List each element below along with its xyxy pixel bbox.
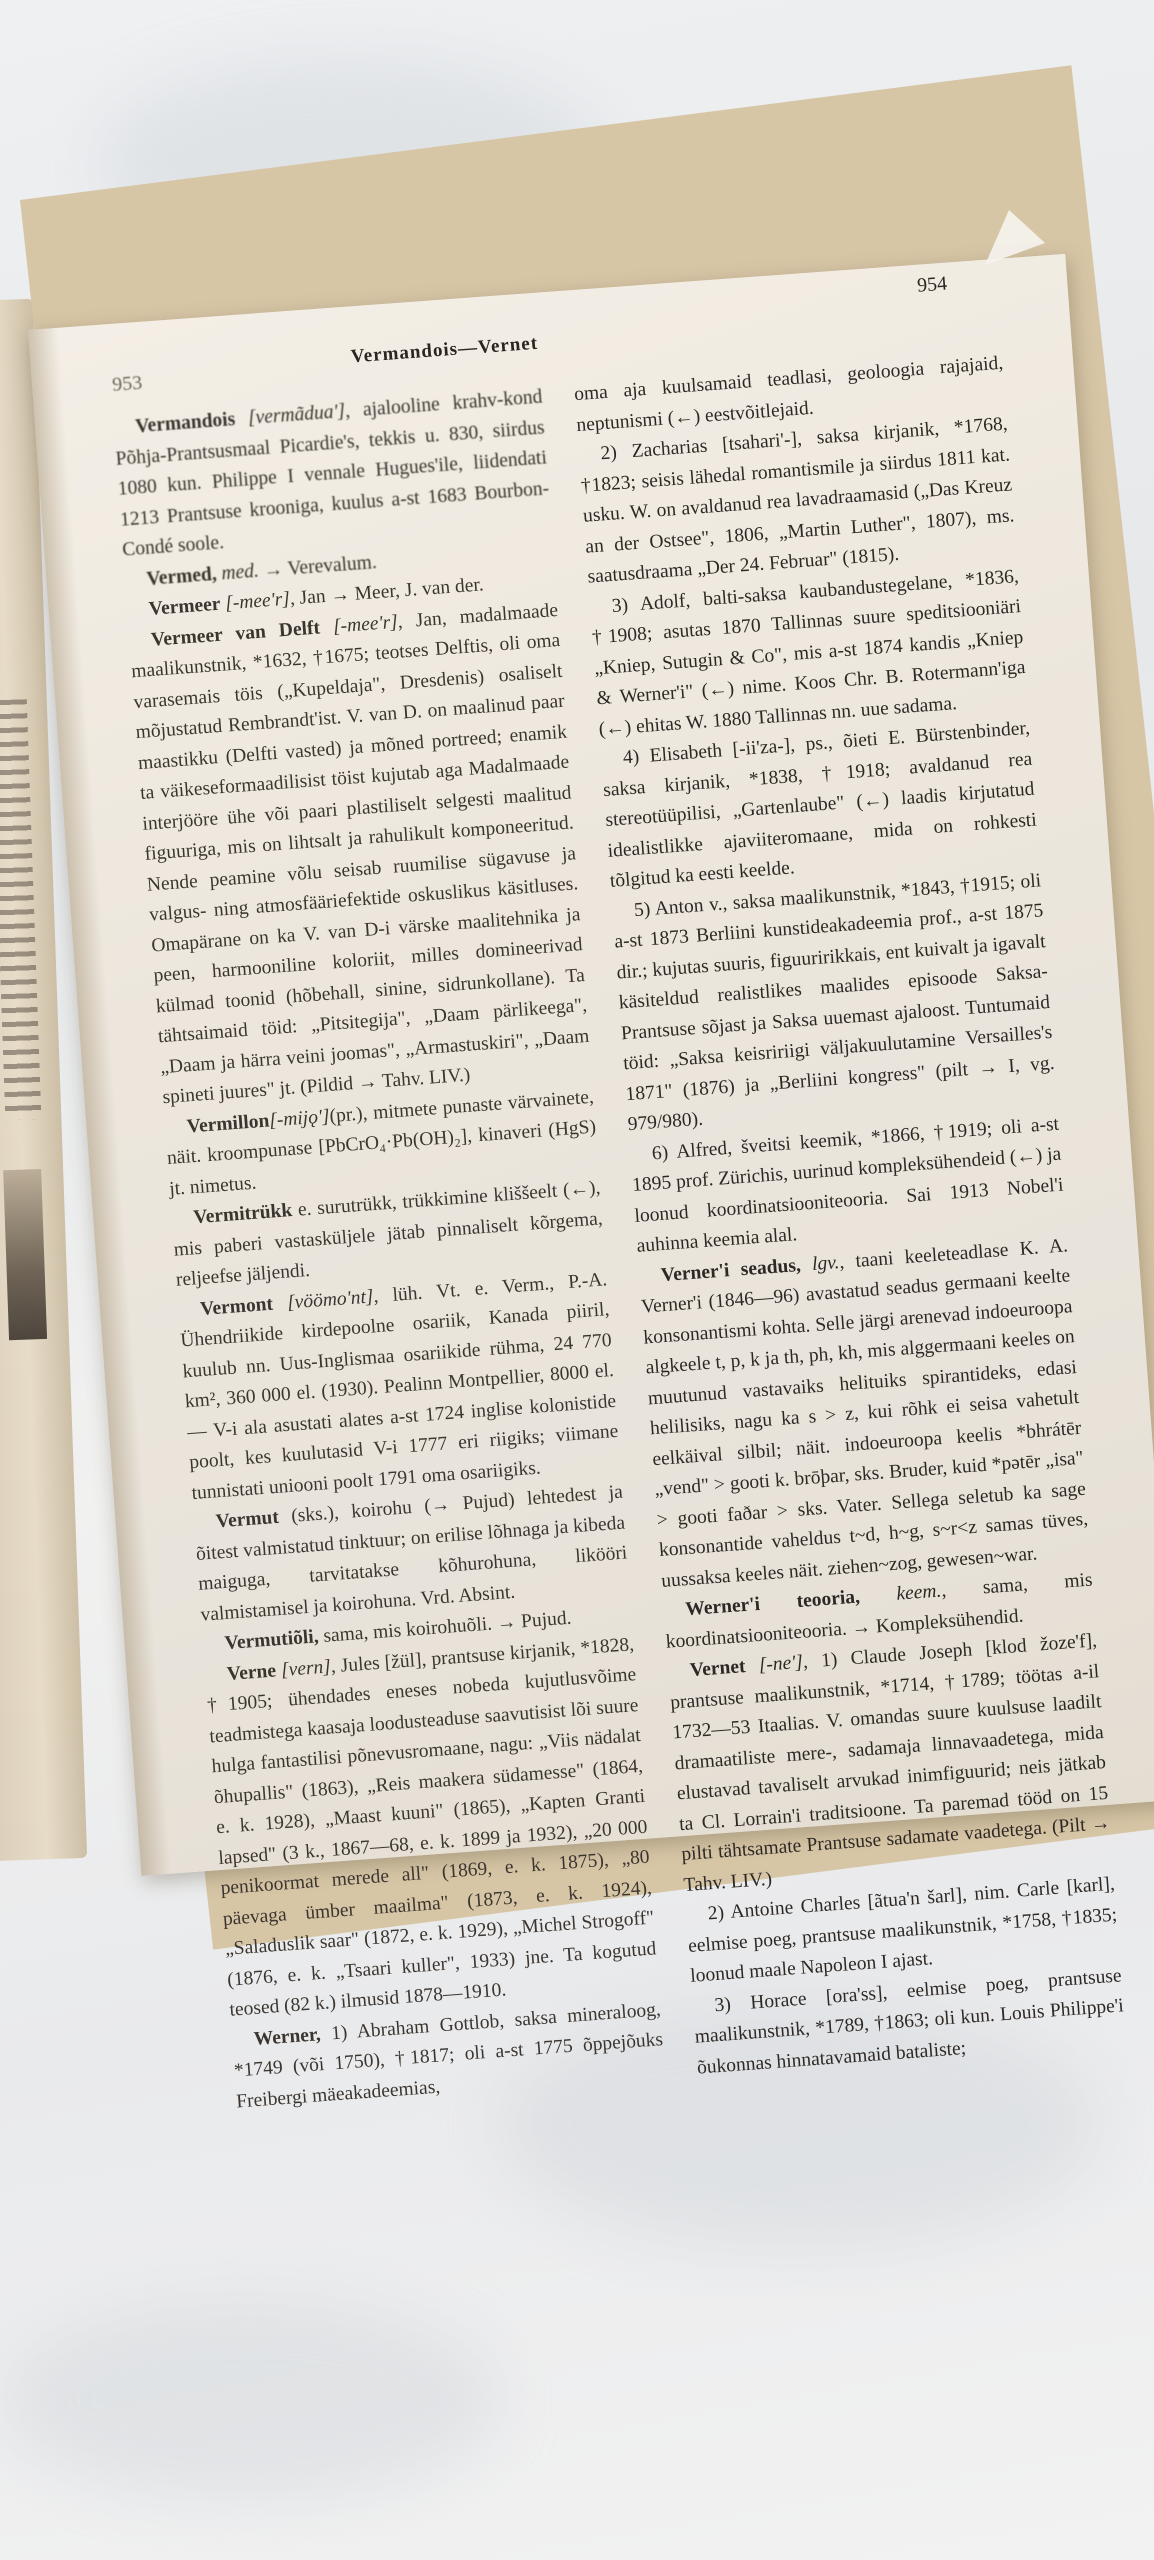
entry-text: , taani keeleteadlase K. A. Verner'i (18… xyxy=(640,1235,1088,1592)
entry-text: 4) Elisabeth [-ii'za-], ps., õieti E. Bü… xyxy=(602,718,1037,892)
page-number-right: 954 xyxy=(916,273,948,298)
pronunciation: [-mijǫ'] xyxy=(268,1106,330,1131)
pronunciation: [vöömo'nt] xyxy=(286,1286,374,1313)
subject-abbrev: med. xyxy=(221,560,260,584)
headword: Vermillon xyxy=(186,1110,270,1137)
left-page-portrait-image xyxy=(3,1169,47,1340)
entry-vernet: Vernet [-ne'], 1) Claude Joseph [klod žo… xyxy=(667,1626,1114,1901)
entry-vermont: Vermont [vöömo'nt], lüh. Vt. e. Verm., P… xyxy=(177,1265,621,1509)
headword: Vermitrükk xyxy=(193,1200,293,1228)
running-head: Vermandois—Vernet xyxy=(350,333,539,369)
headword: Vermutiõli, xyxy=(224,1626,319,1654)
headword: Vermeer xyxy=(148,594,221,620)
right-text-column: oma aja kuulsamaid teadlasi, geoloogia r… xyxy=(573,349,1127,2084)
left-page-text-fragment xyxy=(0,699,41,1120)
left-text-column: Vermandois [vermãdua'], ajalooline krahv… xyxy=(112,383,666,2118)
headword: Verner'i seadus, xyxy=(660,1254,801,1285)
entry-verneri-seadus: Verner'i seadus, lgv., taani keeleteadla… xyxy=(638,1231,1091,1597)
headword: Vermandois xyxy=(135,409,236,437)
language-note: (sks.) xyxy=(291,1503,335,1527)
pronunciation: [vern] xyxy=(280,1656,331,1681)
entry-text: , Jan, madalmaade maalikunstnik, *1632, … xyxy=(131,599,590,1108)
pronunciation: [-mee'r] xyxy=(332,611,398,637)
pronunciation: [-mee'r] xyxy=(224,589,290,615)
entry-text: → Verevalum. xyxy=(258,552,377,582)
subject-abbrev: keem. xyxy=(896,1581,942,1605)
pronunciation: [vermãdua'] xyxy=(247,401,346,429)
headword: Werner, xyxy=(253,2024,321,2050)
cloth-shadow xyxy=(0,2300,500,2500)
headword: Vermut xyxy=(215,1507,280,1533)
headword: Verne xyxy=(226,1660,277,1685)
entry-text: 3) Adolf, balti-saksa kaubandustegelane,… xyxy=(591,566,1026,740)
entry-verne: Verne [vern], Jules [žül], prantsuse kir… xyxy=(204,1630,660,2027)
encyclopedia-page: 953 954 Vermandois—Vernet Vermandois [ve… xyxy=(28,254,1154,1876)
pronunciation: [-ne'] xyxy=(758,1652,804,1676)
subject-abbrev: lgv. xyxy=(811,1252,840,1275)
entry-text: 5) Anton v., saksa maalikunstnik, *1843,… xyxy=(614,870,1056,1135)
headword: Vernet xyxy=(689,1656,746,1681)
headword: Vermed, xyxy=(146,563,218,589)
headword: Vermont xyxy=(199,1293,273,1319)
entry-text: , Jules [žül], prantsuse kirjanik, *1828… xyxy=(206,1634,656,2021)
page-number-left: 953 xyxy=(111,372,143,397)
entry-text: 2) Zacharias [tsahari'-], saksa kirjanik… xyxy=(580,414,1015,588)
entry-vermeer-van-delft: Vermeer van Delft [-mee'r], Jan, madalma… xyxy=(128,595,593,1113)
entry-werner-anton: 5) Anton v., saksa maalikunstnik, *1843,… xyxy=(611,866,1058,1141)
